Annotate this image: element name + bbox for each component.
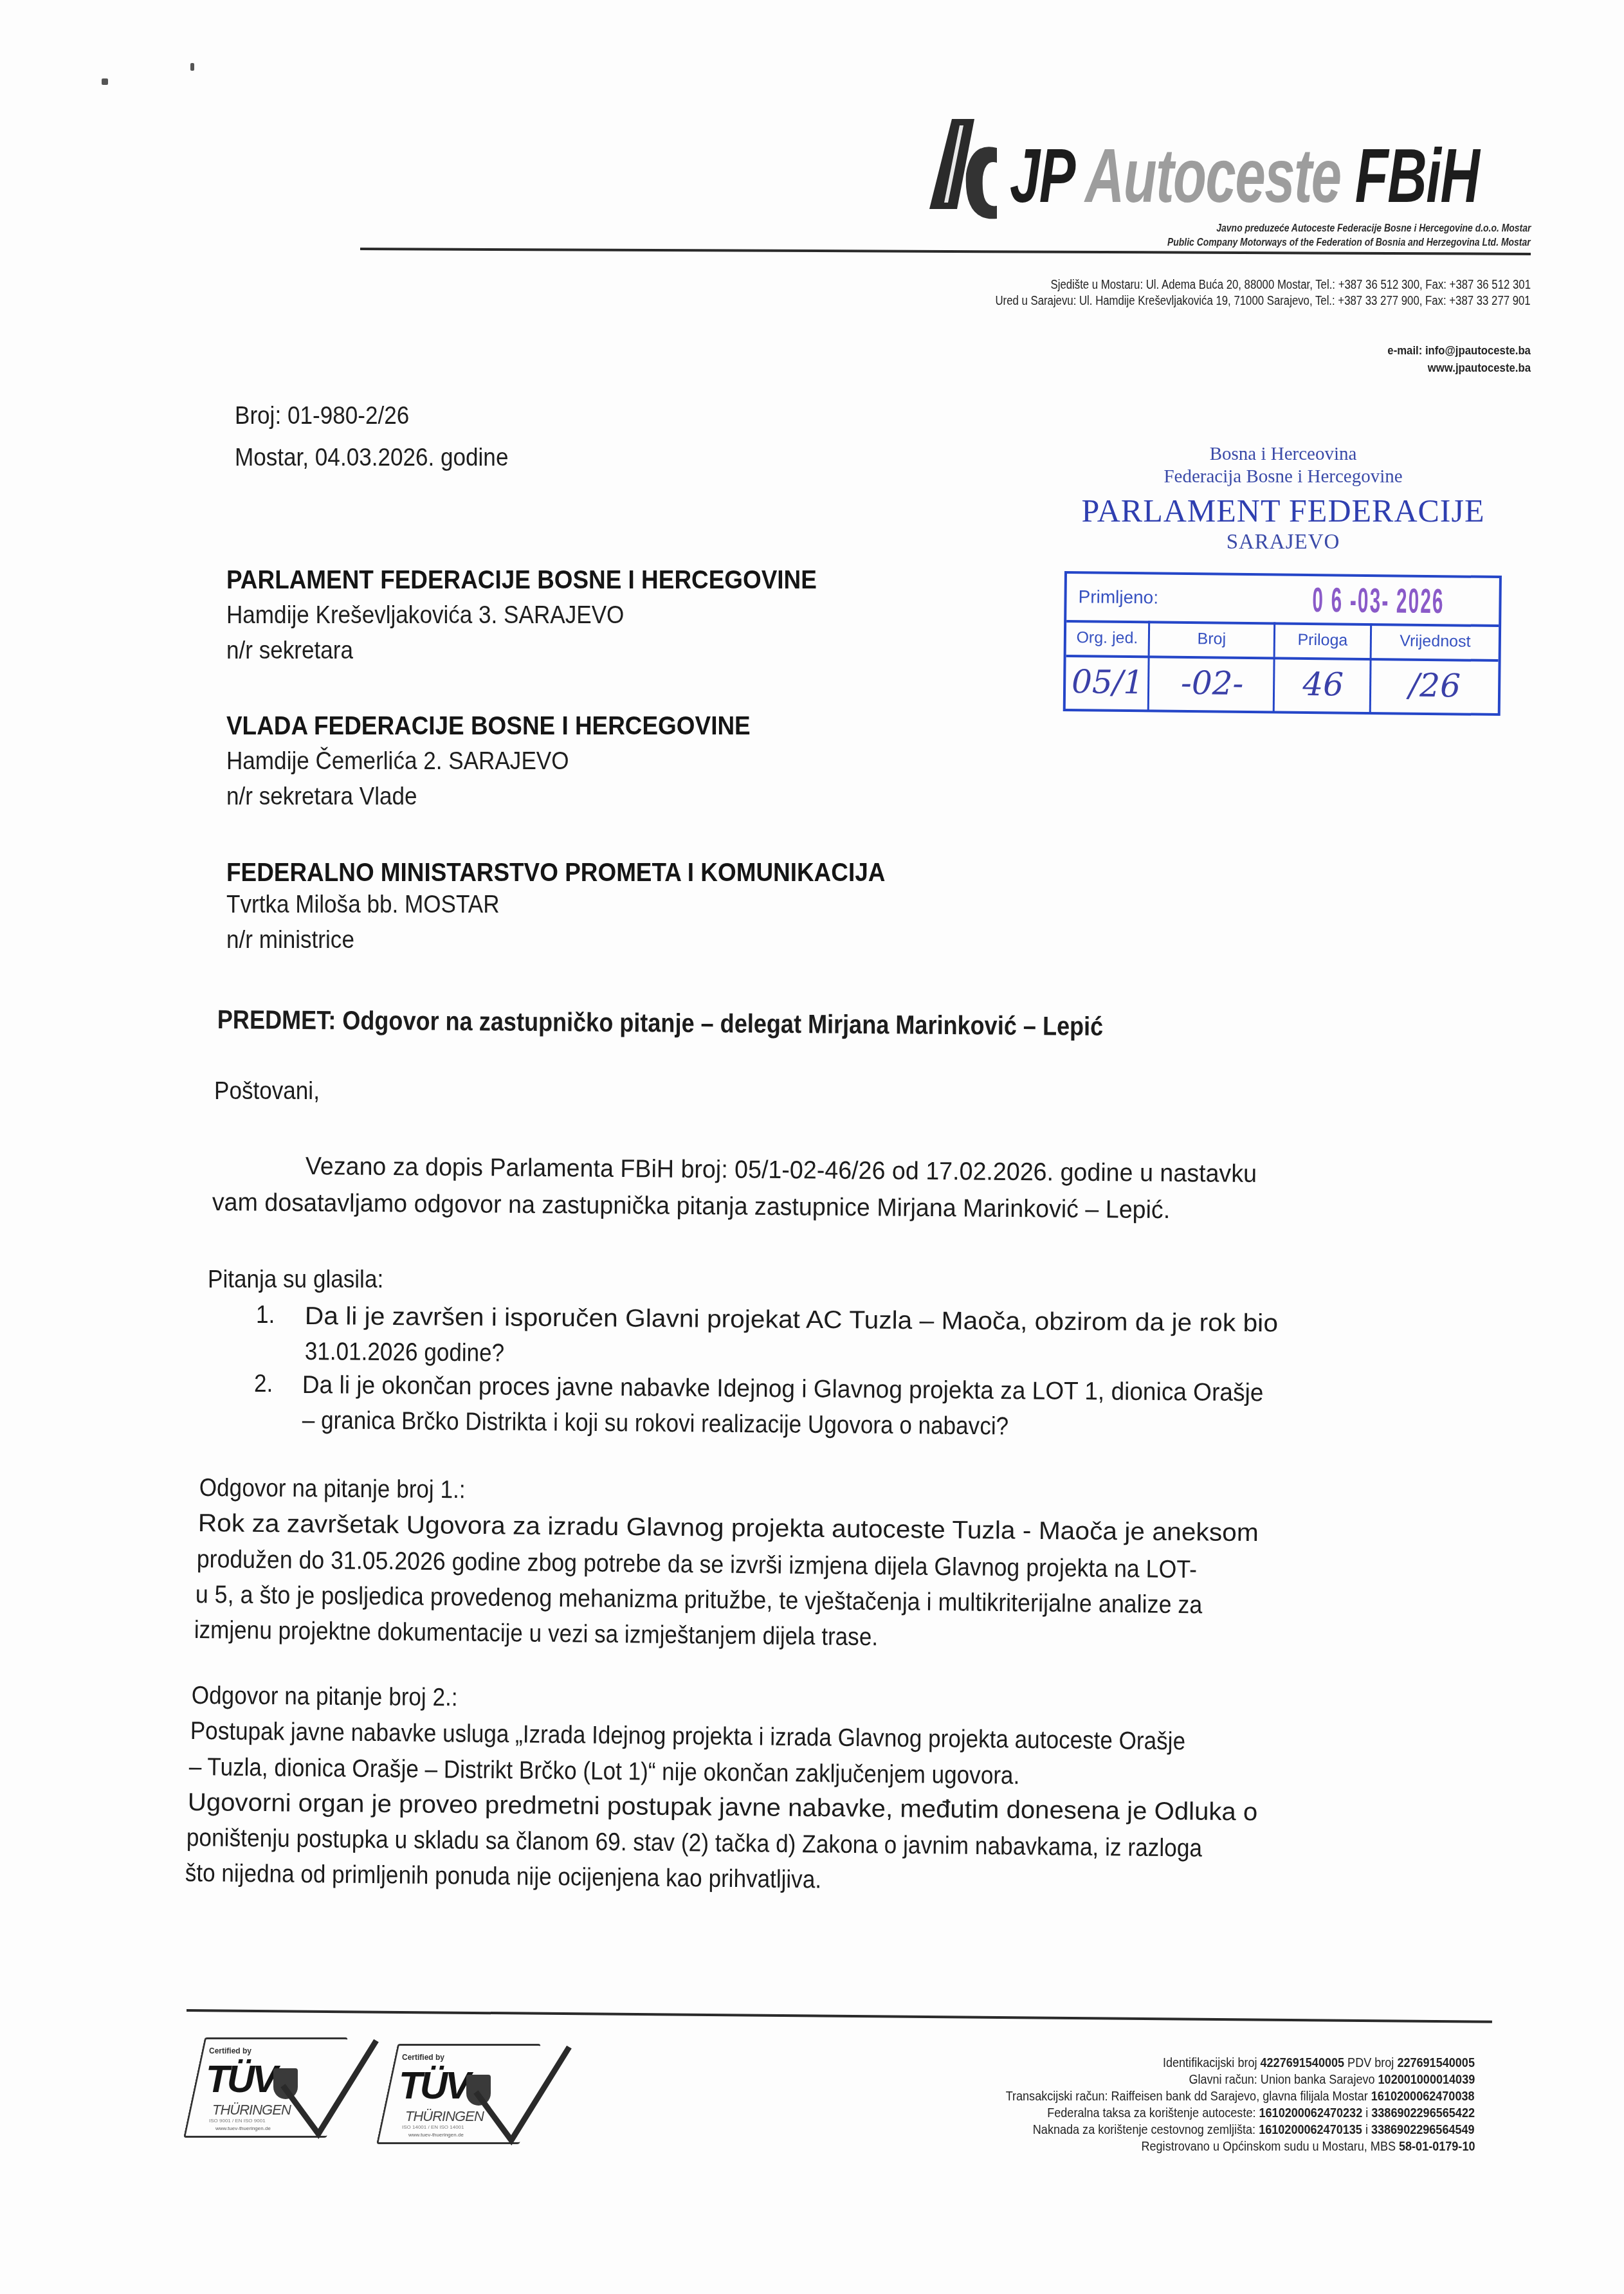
recipient-1-attention: n/r sekretara	[226, 637, 353, 665]
place-date: Mostar, 04.03.2026. godine	[235, 444, 508, 472]
recipient-2-address: Hamdije Čemerlića 2. SARAJEVO	[226, 747, 569, 776]
recipient-3-address: Tvrtka Miloša bb. MOSTAR	[226, 891, 500, 919]
stamp-city: SARAJEVO	[1064, 531, 1502, 554]
answer-2-line-2: – Tuzla, dionica Orašje – Distrikt Brčko…	[189, 1753, 1020, 1790]
questions-heading: Pitanja su glasila:	[208, 1266, 383, 1294]
recipient-1-name: PARLAMENT FEDERACIJE BOSNE I HERCEGOVINE	[226, 565, 817, 595]
stamp-federation: Federacija Bosne i Hercegovine	[1064, 466, 1502, 487]
scan-speck	[190, 63, 194, 71]
intro-line-1: Vezano za dopis Parlamenta FBiH broj: 05…	[306, 1152, 1510, 1190]
stamp-col-broj: Broj	[1150, 621, 1276, 657]
answer-1-line-1: Rok za završetak Ugovora za izradu Glavn…	[198, 1509, 1259, 1547]
answer-2-heading: Odgovor na pitanje broj 2.:	[192, 1682, 458, 1712]
footer-motorway-tax: Federalna taksa za korištenje autoceste:…	[1047, 2106, 1475, 2121]
checkmark-icon	[473, 2044, 576, 2147]
company-name: JP Autoceste FBiH	[1010, 138, 1479, 214]
question-2-line-2: – granica Brčko Distrikta i koji su roko…	[302, 1406, 1009, 1441]
checkmark-icon	[280, 2037, 383, 2140]
stamp-institution: PARLAMENT FEDERACIJE	[1064, 492, 1502, 529]
footer-transaction-account: Transakcijski račun: Raiffeisen bank dd …	[1006, 2089, 1475, 2104]
footer-registration: Registrovano u Općinskom sudu u Mostaru,…	[1141, 2139, 1475, 2154]
recipient-2-name: VLADA FEDERACIJE BOSNE I HERCEGOVINE	[226, 711, 751, 741]
question-1-number: 1.	[256, 1301, 275, 1329]
salutation: Poštovani,	[214, 1077, 320, 1106]
stamp-col-vrijednost: Vrijednost	[1372, 623, 1499, 659]
stamp-value-row: 05/1 -02- 46 /26	[1066, 655, 1499, 714]
reference-number: Broj: 01-980-2/26	[235, 402, 409, 430]
question-1-line-1: Da li je završen i isporučen Glavni proj…	[305, 1302, 1278, 1338]
stamp-col-org: Org. jed.	[1066, 620, 1151, 655]
contact-email[interactable]: e-mail: info@jpautoceste.ba	[1387, 344, 1531, 358]
recipient-3-name: FEDERALNO MINISTARSTVO PROMETA I KOMUNIK…	[226, 857, 885, 888]
stamp-received-row: Primljeno: 0 6 -03- 2026	[1066, 574, 1499, 627]
answer-2-line-1: Postupak javne nabavke usluga „Izrada Id…	[190, 1717, 1186, 1756]
contact-website[interactable]: www.jpautoceste.ba	[1428, 361, 1531, 376]
subject-line: PREDMET: Odgovor na zastupničko pitanje …	[217, 1005, 1104, 1042]
subject-label: PREDMET:	[217, 1005, 336, 1035]
answer-1-line-4: izmjenu projektne dokumentacije u vezi s…	[194, 1616, 879, 1652]
question-2-number: 2.	[254, 1370, 273, 1398]
stamp-col-priloga: Priloga	[1275, 622, 1373, 658]
recipient-1-address: Hamdije Kreševljakovića 3. SARAJEVO	[226, 601, 624, 630]
stamp-value-broj: -02-	[1149, 655, 1275, 711]
stamp-value-org: 05/1	[1066, 655, 1150, 710]
company-logo: JP Autoceste FBiH Javno preduzeće Autoce…	[926, 113, 1544, 248]
ac-logo-icon	[926, 113, 1003, 228]
stamp-country: Bosna i Herceovina	[1064, 444, 1502, 465]
footer-road-land-fee: Naknada za korištenje cestovnog zemljišt…	[1033, 2122, 1475, 2138]
stamp-received-date: 0 6 -03- 2026	[1312, 580, 1445, 621]
answer-2-line-4: poništenju postupka u skladu sa članom 6…	[187, 1824, 1203, 1863]
stamp-value-vrijednost: /26	[1371, 658, 1499, 714]
answer-2-line-5: što nijedna od primljenih ponuda nije oc…	[185, 1859, 822, 1895]
question-1-line-2: 31.01.2026 godine?	[305, 1338, 505, 1368]
answer-2-line-3: Ugovorni organ je proveo predmetni postu…	[188, 1789, 1258, 1827]
address-mostar: Sjedište u Mostaru: Ul. Adema Buća 20, 8…	[1051, 278, 1531, 293]
footer-divider	[187, 2009, 1492, 2023]
question-2-line-1: Da li je okončan proces javne nabavke Id…	[302, 1371, 1264, 1407]
stamp-register-box: Primljeno: 0 6 -03- 2026 Org. jed. Broj …	[1063, 571, 1502, 716]
intro-line-2: vam dosatavljamo odgovor na zastupnička …	[212, 1188, 1503, 1227]
tuv-certificate-badge-1: Certified by TÜV THÜRINGEN ISO 9001 / EN…	[183, 2037, 376, 2134]
recipient-3-attention: n/r ministrice	[226, 926, 354, 954]
company-subtitle-en: Public Company Motorways of the Federati…	[1167, 236, 1531, 249]
scan-speck	[102, 78, 108, 85]
answer-1-line-2: produžen do 31.05.2026 godine zbog potre…	[197, 1545, 1198, 1584]
address-sarajevo: Ured u Sarajevu: Ul. Hamdije Kreševljako…	[996, 294, 1531, 309]
answer-1-line-3: u 5, a što je posljedica provedenog meha…	[196, 1581, 1203, 1619]
tuv-certificate-badge-2: Certified by TÜV THÜRINGEN ISO 14001 / E…	[376, 2044, 569, 2140]
footer-main-account: Glavni račun: Union banka Sarajevo 10200…	[1189, 2072, 1475, 2088]
stamp-received-label: Primljeno:	[1078, 587, 1158, 608]
answer-1-heading: Odgovor na pitanje broj 1.:	[199, 1474, 466, 1504]
stamp-value-priloga: 46	[1275, 657, 1372, 713]
company-subtitle-bs: Javno preduzeće Autoceste Federacije Bos…	[1216, 222, 1531, 235]
footer-id-numbers: Identifikacijski broj 4227691540005 PDV …	[1163, 2055, 1475, 2071]
recipient-2-attention: n/r sekretara Vlade	[226, 783, 417, 811]
letter-page: JP Autoceste FBiH Javno preduzeće Autoce…	[0, 0, 1624, 2294]
subject-text: Odgovor na zastupničko pitanje – delegat…	[342, 1006, 1103, 1041]
